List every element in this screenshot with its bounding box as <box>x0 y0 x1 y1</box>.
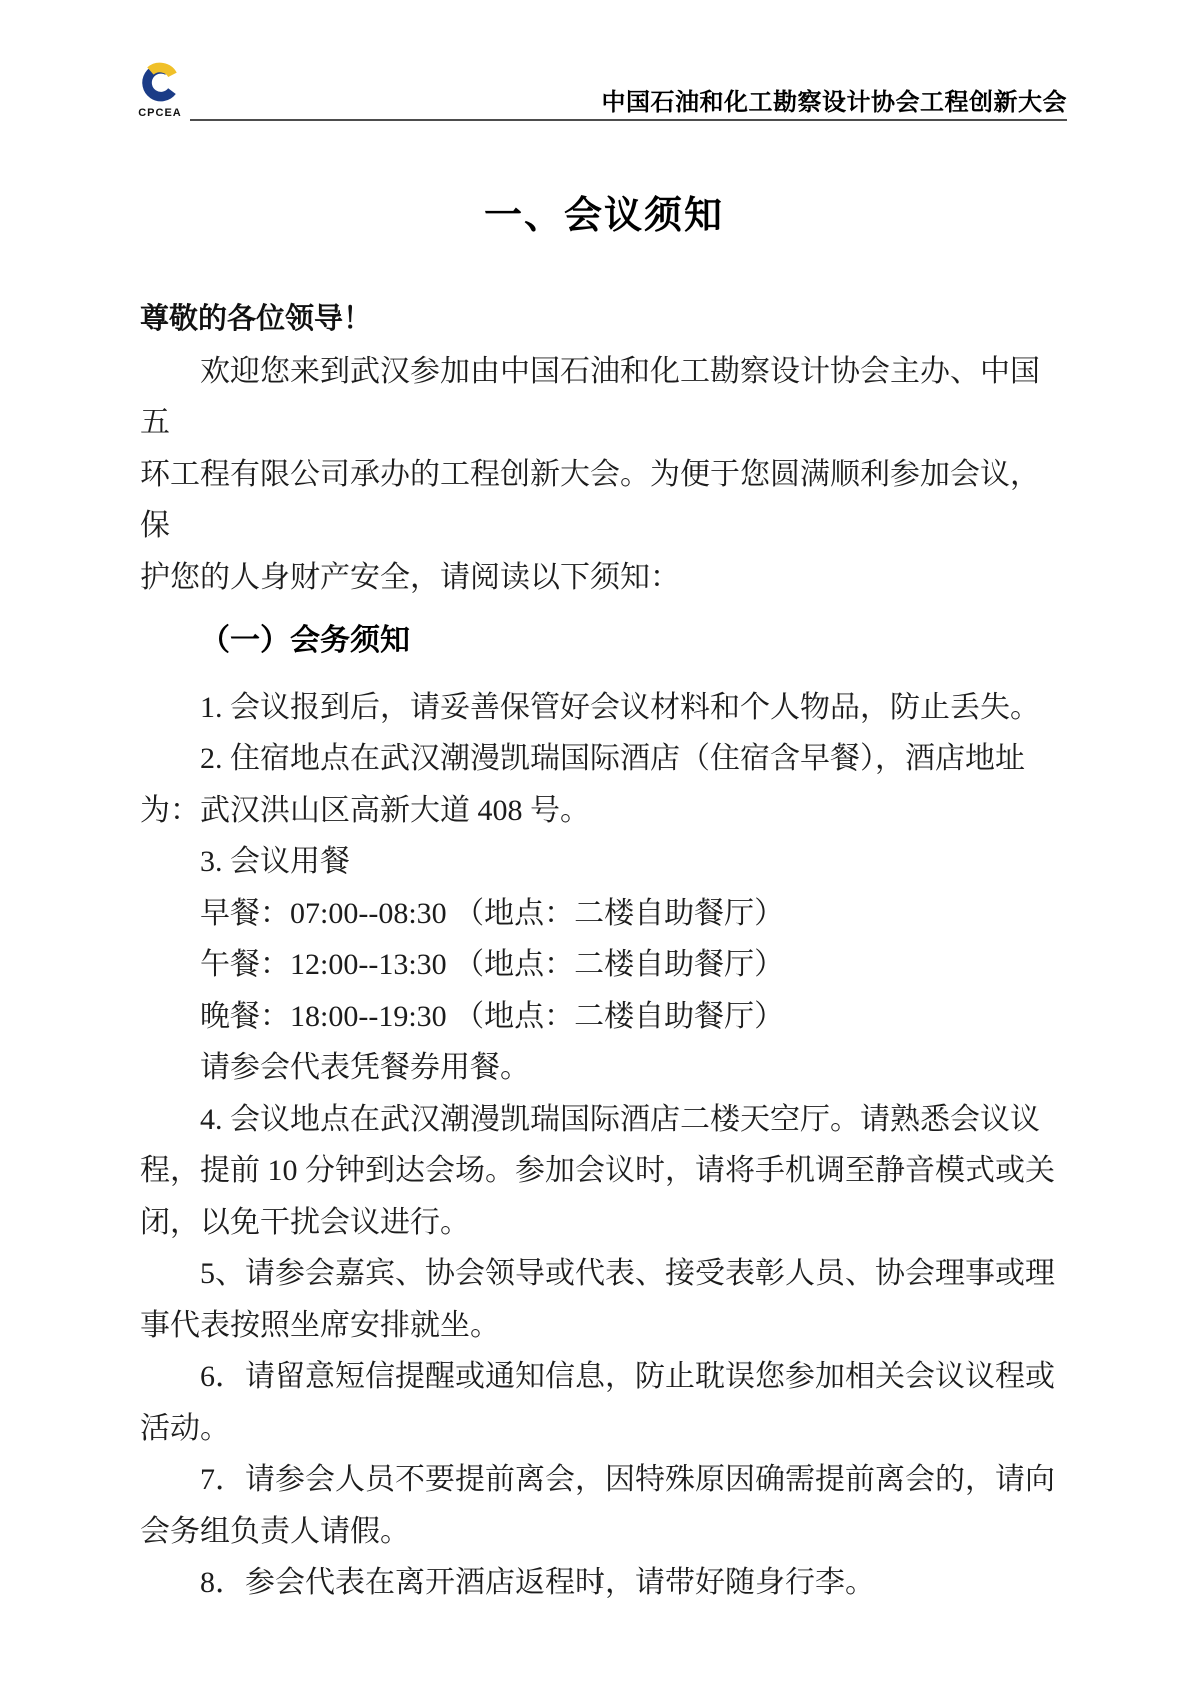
cpcea-logo-icon <box>137 60 183 106</box>
page-number: 1 <box>0 1572 1199 1594</box>
notice-line: 6．请留意短信提醒或通知信息，防止耽误您参加相关会议议程或 <box>140 1351 1068 1403</box>
notice-line: 4. 会议地点在武汉潮漫凯瑞国际酒店二楼天空厅。请熟悉会议议 <box>140 1094 1068 1146</box>
intro-paragraph: 欢迎您来到武汉参加由中国石油和化工勘察设计协会主办、中国五 环工程有限公司承办的… <box>140 346 1068 604</box>
cpcea-logo: CPCEA <box>128 60 192 119</box>
notice-line: 3. 会议用餐 <box>140 836 1068 888</box>
notice-line: 7．请参会人员不要提前离会，因特殊原因确需提前离会的，请向 <box>140 1454 1068 1506</box>
notice-line: 1. 会议报到后，请妥善保管好会议材料和个人物品，防止丢失。 <box>140 682 1068 734</box>
document-page: CPCEA 中国石油和化工勘察设计协会工程创新大会 一、会议须知 尊敬的各位领导… <box>0 0 1199 1696</box>
salutation: 尊敬的各位领导！ <box>140 294 1068 346</box>
notice-line: 请参会代表凭餐券用餐。 <box>140 1042 1068 1094</box>
section-heading: （一）会务须知 <box>140 615 1068 667</box>
notice-line: 5、请参会嘉宾、协会领导或代表、接受表彰人员、协会理事或理 <box>140 1248 1068 1300</box>
header-rule <box>190 119 1067 121</box>
notice-line: 活动。 <box>140 1403 1068 1455</box>
notice-line: 2. 住宿地点在武汉潮漫凯瑞国际酒店（住宿含早餐），酒店地址 <box>140 733 1068 785</box>
page-title: 一、会议须知 <box>140 196 1068 236</box>
header-title: 中国石油和化工勘察设计协会工程创新大会 <box>200 82 1067 117</box>
cpcea-logo-text: CPCEA <box>128 107 192 119</box>
notice-line: 事代表按照坐席安排就坐。 <box>140 1300 1068 1352</box>
notice-line: 午餐：12:00--13:30 （地点：二楼自助餐厅） <box>140 939 1068 991</box>
notice-line: 早餐：07:00--08:30 （地点：二楼自助餐厅） <box>140 888 1068 940</box>
notice-line: 程，提前 10 分钟到达会场。参加会议时，请将手机调至静音模式或关 <box>140 1145 1068 1197</box>
notice-line: 会务组负责人请假。 <box>140 1506 1068 1558</box>
notice-line: 为：武汉洪山区高新大道 408 号。 <box>140 785 1068 837</box>
notice-line: 晚餐：18:00--19:30 （地点：二楼自助餐厅） <box>140 991 1068 1043</box>
text-line: 环工程有限公司承办的工程创新大会。为便于您圆满顺利参加会议，保 <box>140 449 1068 552</box>
notice-line: 闭，以免干扰会议进行。 <box>140 1197 1068 1249</box>
document-body: 一、会议须知 尊敬的各位领导！ 欢迎您来到武汉参加由中国石油和化工勘察设计协会主… <box>0 0 1199 1609</box>
text-line: 护您的人身财产安全，请阅读以下须知： <box>140 552 1068 604</box>
text-line: 欢迎您来到武汉参加由中国石油和化工勘察设计协会主办、中国五 <box>140 346 1068 449</box>
notice-items: 1. 会议报到后，请妥善保管好会议材料和个人物品，防止丢失。 2. 住宿地点在武… <box>140 682 1068 1609</box>
